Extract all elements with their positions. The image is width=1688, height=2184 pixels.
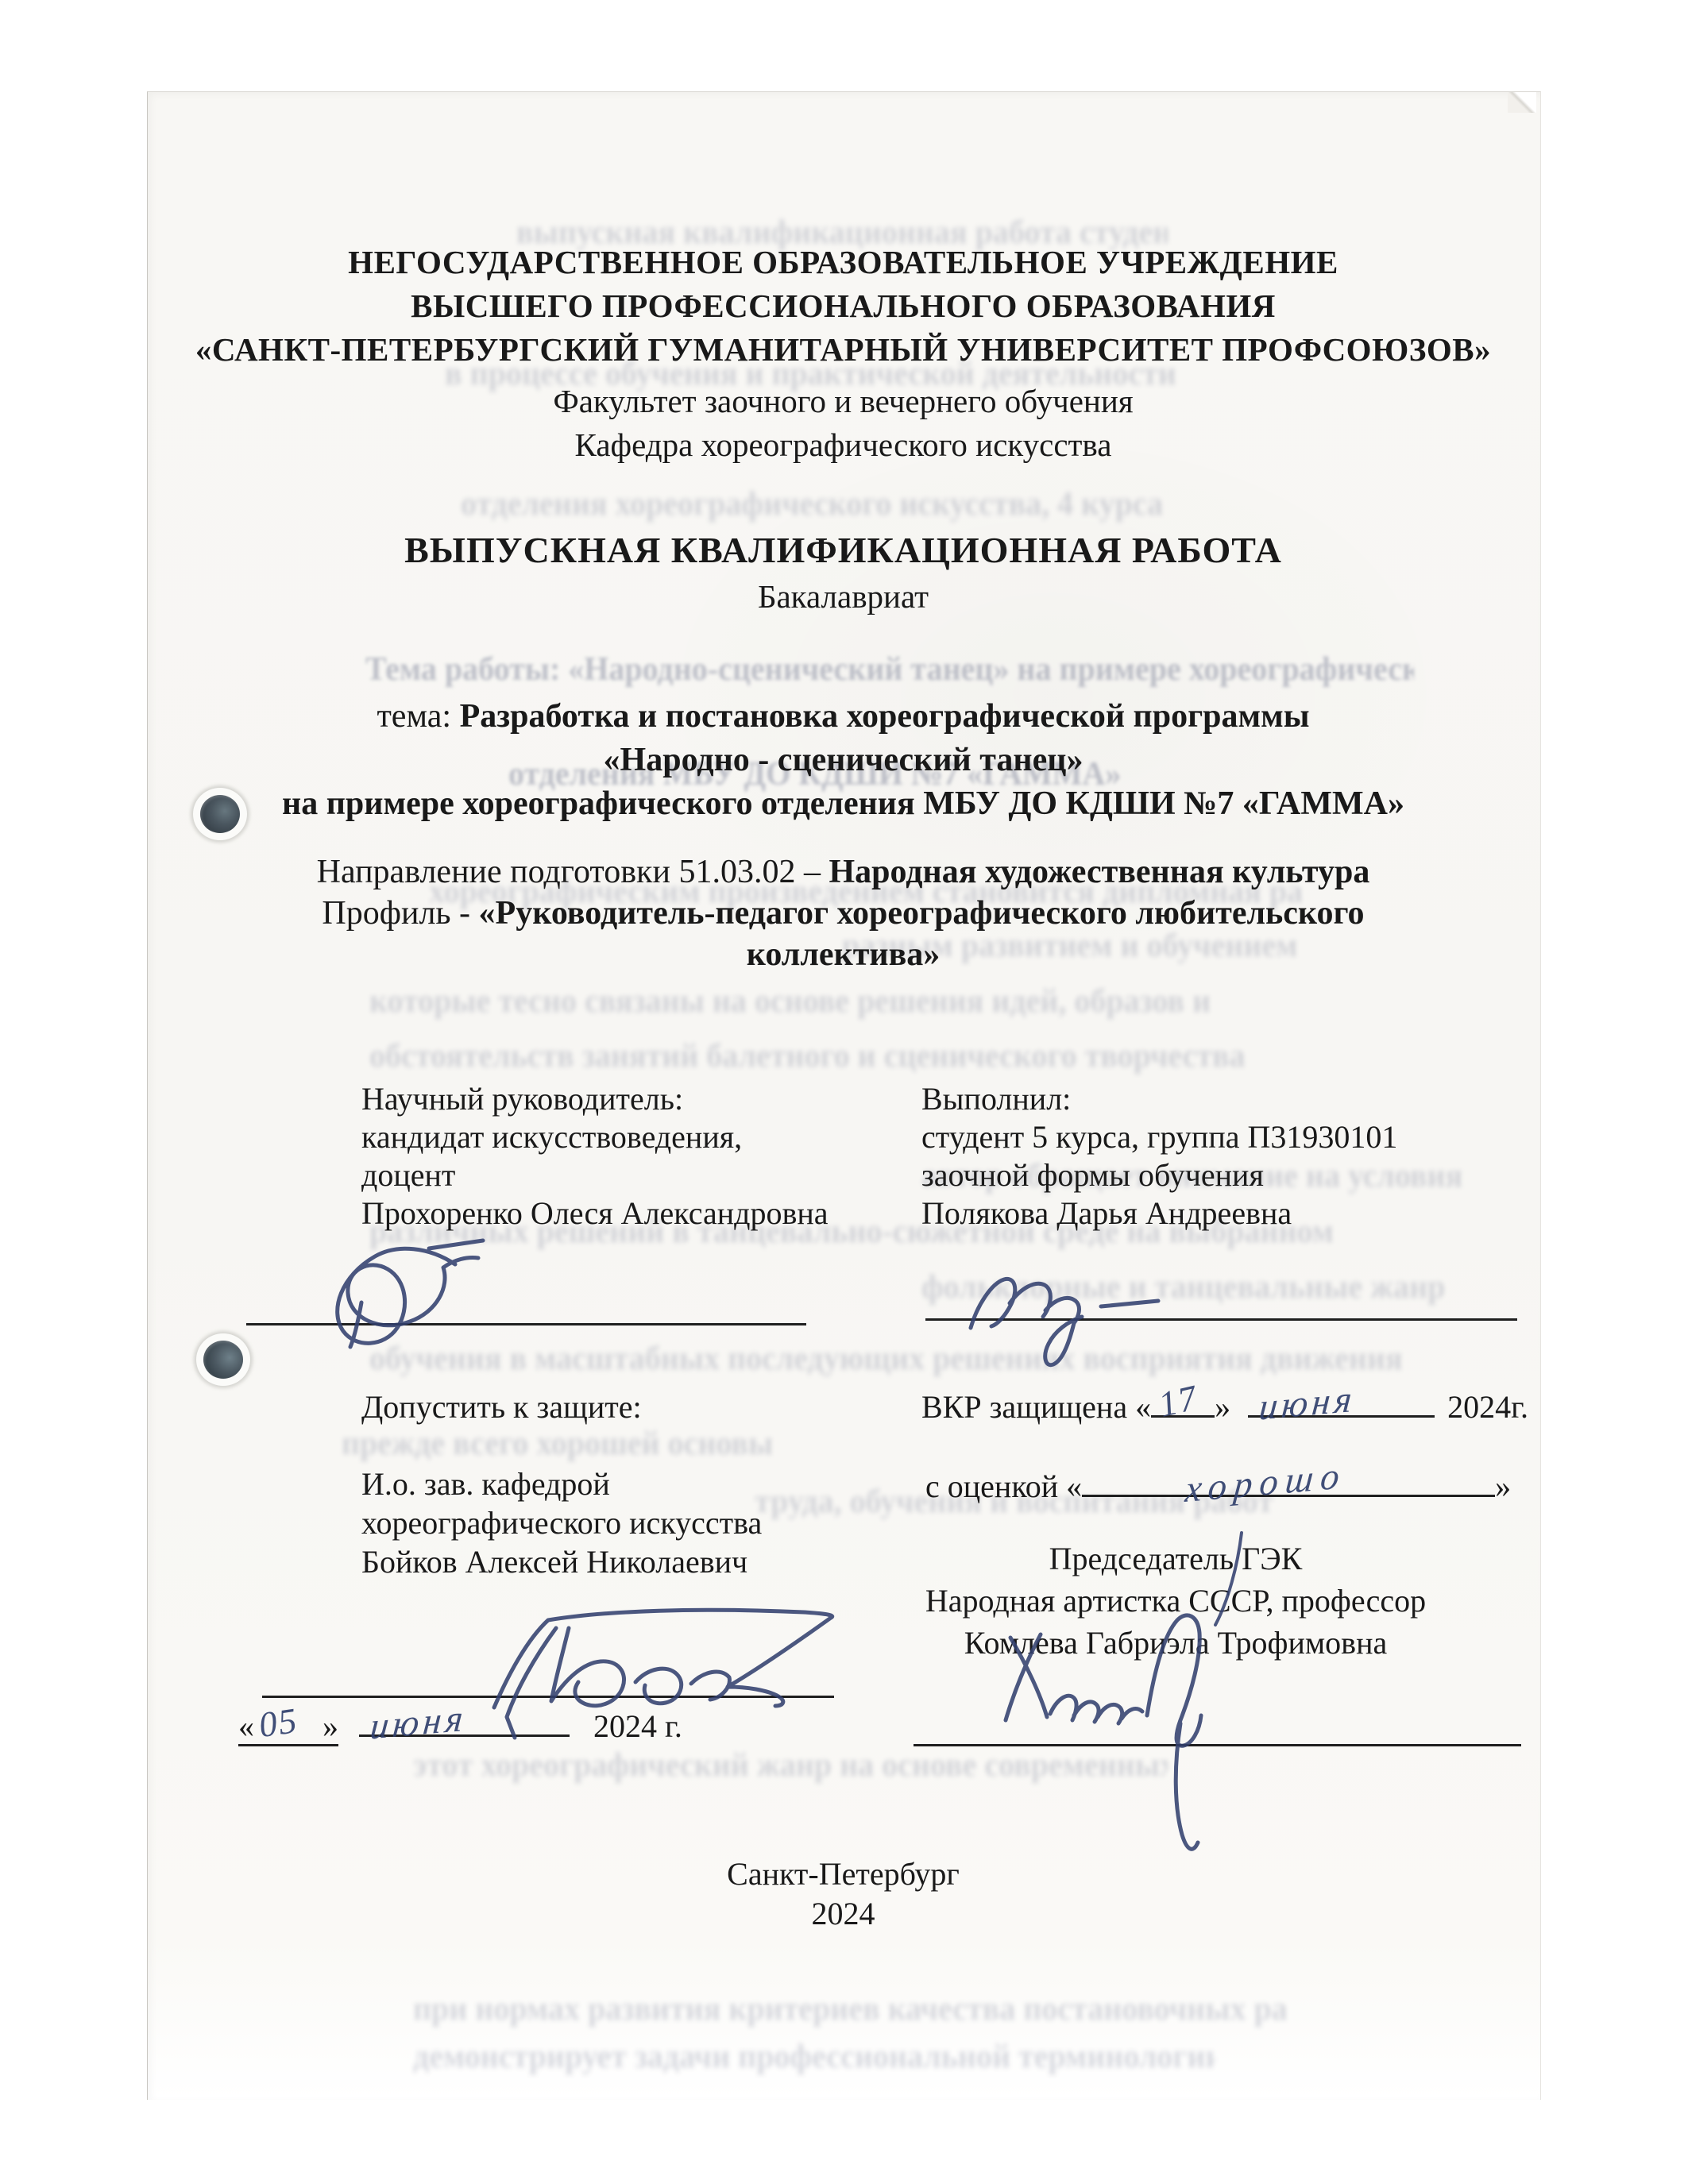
ink-signatures-layer bbox=[0, 0, 1688, 2184]
scanned-title-page: выпускная квалификационная работа студен… bbox=[0, 0, 1688, 2184]
advisor-signature bbox=[338, 1241, 483, 1347]
head-signature bbox=[494, 1610, 832, 1738]
grade-descender-stroke bbox=[1215, 1533, 1242, 1625]
author-signature bbox=[971, 1279, 1158, 1364]
chair-signature bbox=[1006, 1615, 1201, 1849]
